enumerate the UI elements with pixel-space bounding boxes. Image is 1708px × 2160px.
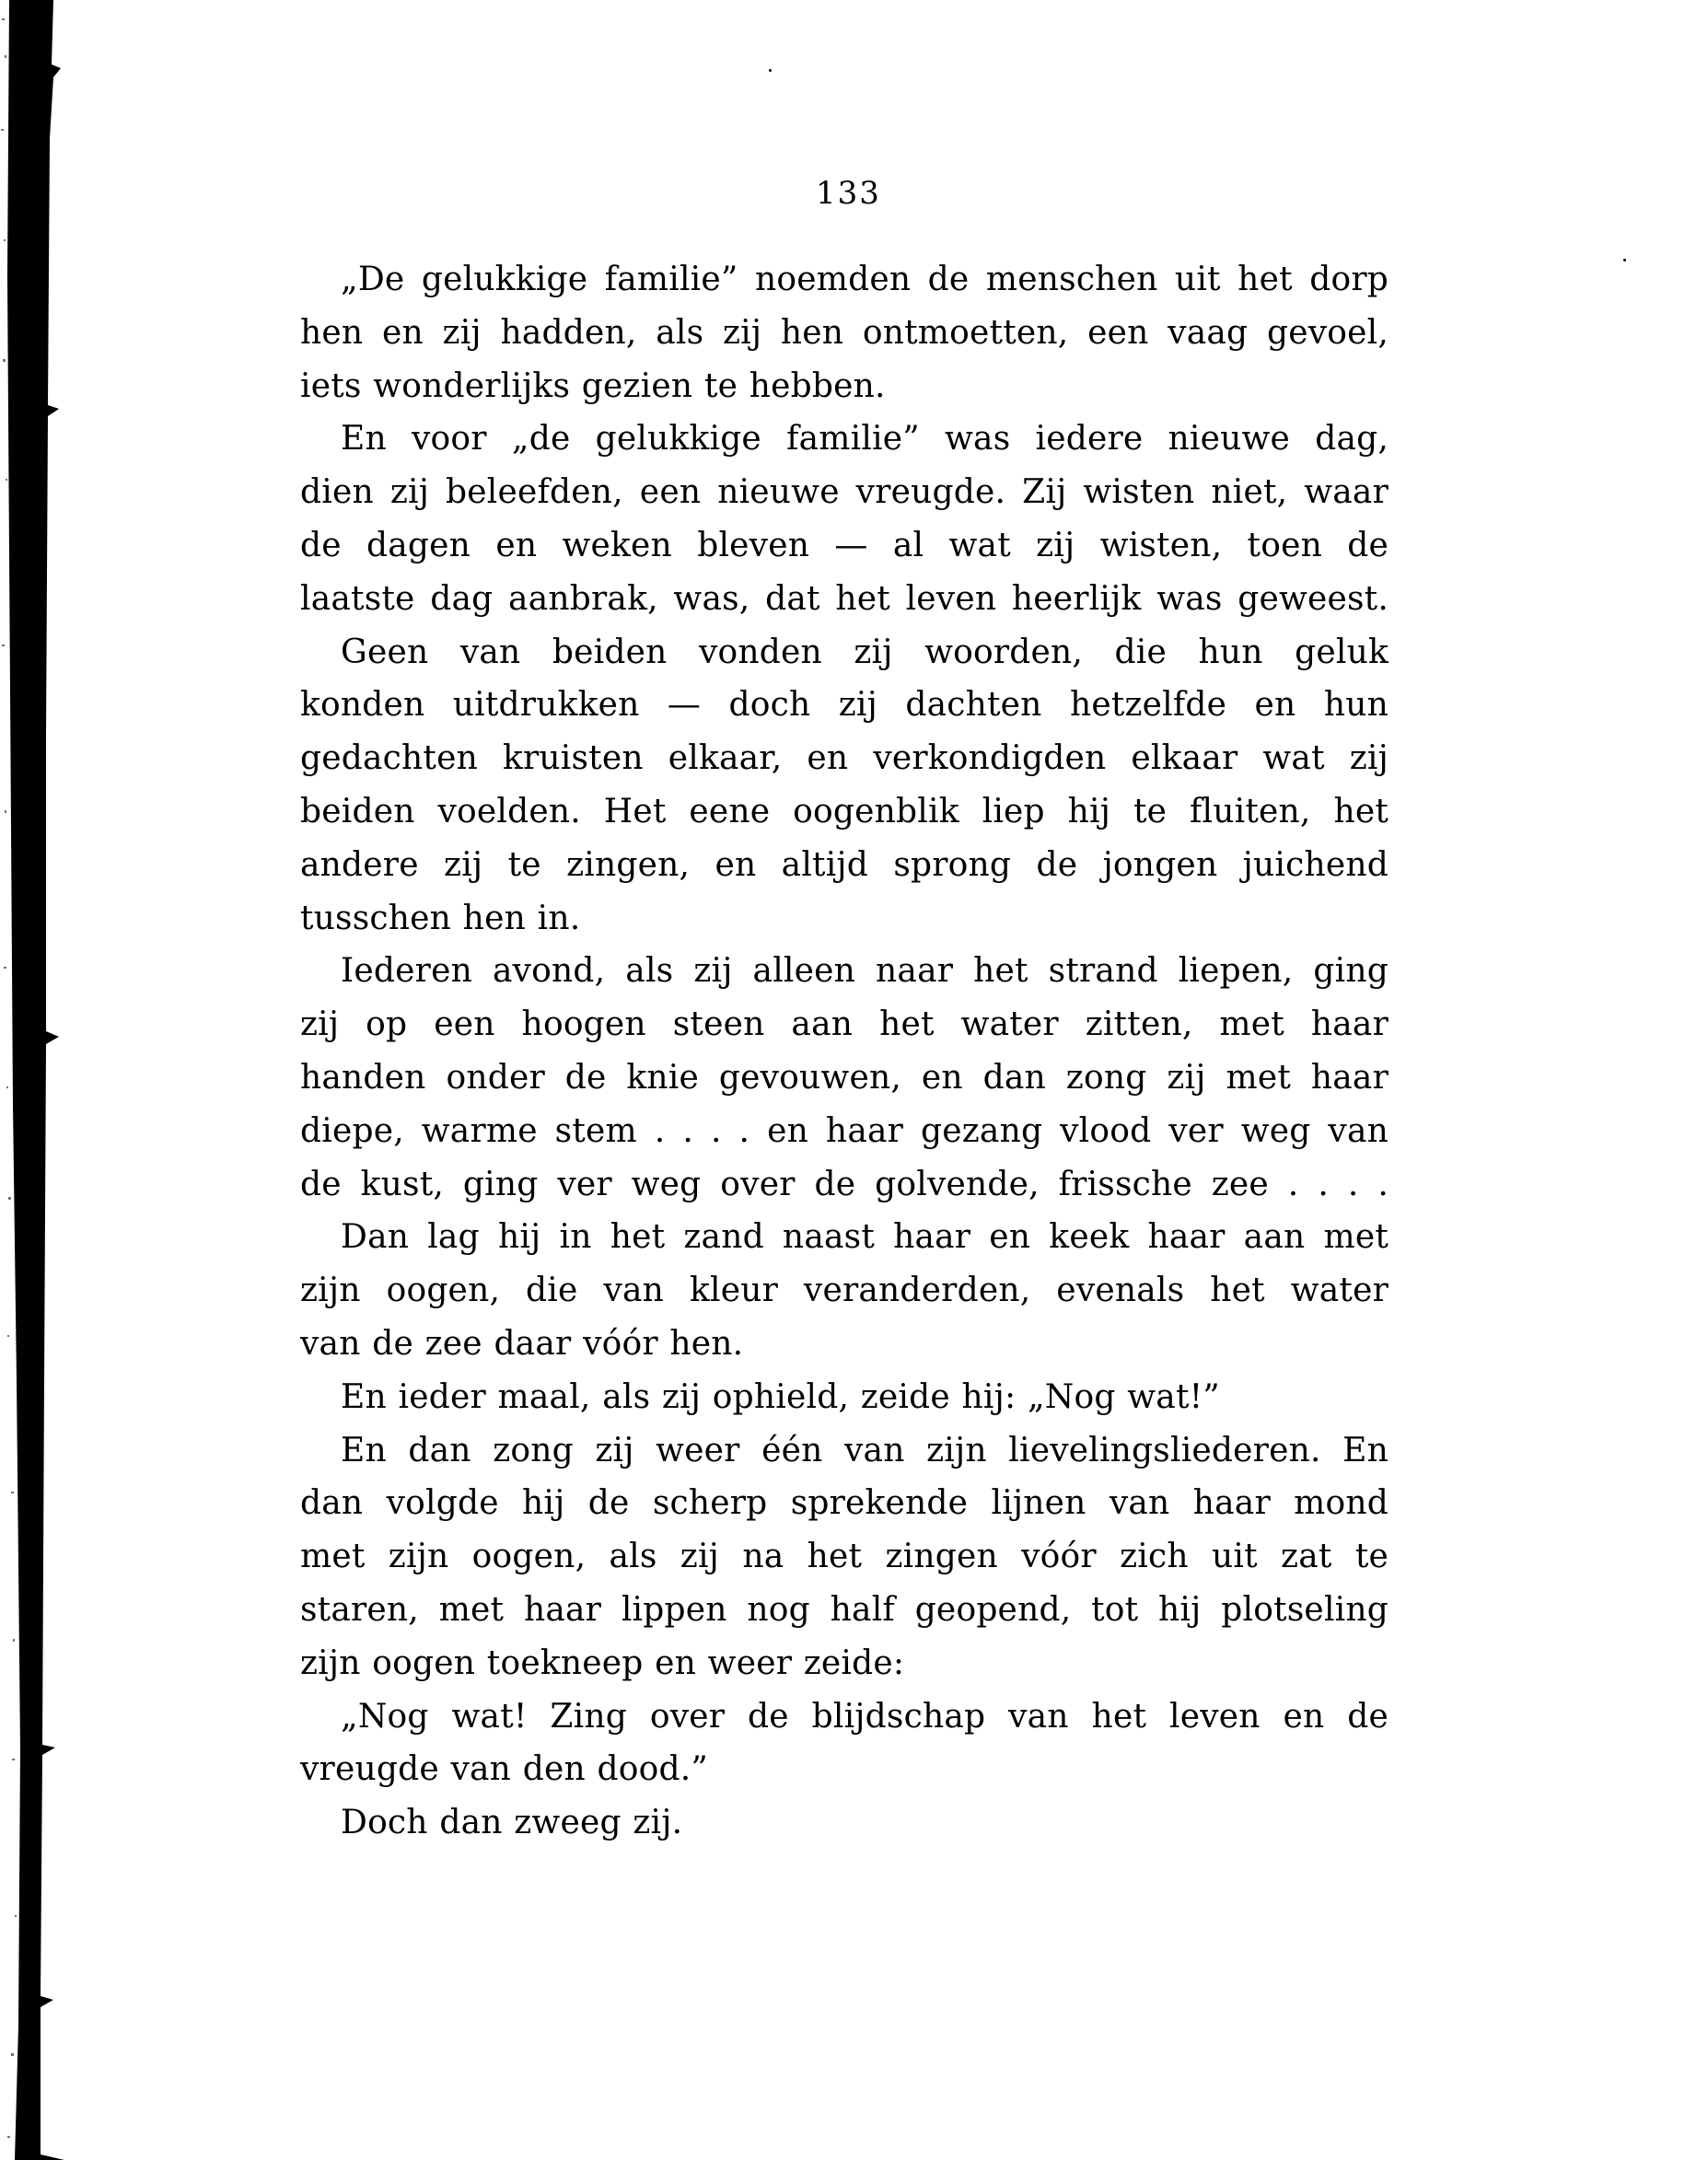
text-line: iets wonderlijks gezien te hebben. [300, 360, 1388, 413]
text-line: „Nog wat! Zing over de blijdschap van he… [300, 1690, 1388, 1744]
scan-speck [1623, 259, 1626, 261]
paragraph: Geen van beiden vonden zij woorden, die … [300, 626, 1388, 946]
text-line: Doch dan zweeg zij. [300, 1796, 1388, 1850]
paragraph: En dan zong zij weer één van zijn lievel… [300, 1424, 1388, 1690]
text-line: En dan zong zij weer één van zijn lievel… [300, 1424, 1388, 1478]
text-line: En ieder maal, als zij ophield, zeide hi… [300, 1371, 1388, 1424]
paragraph: En ieder maal, als zij ophield, zeide hi… [300, 1371, 1388, 1424]
text-line: vreugde van den dood.” [300, 1743, 1388, 1796]
text-line: handen onder de knie gevouwen, en dan zo… [300, 1051, 1388, 1105]
text-line: zijn oogen, die van kleur veranderden, e… [300, 1264, 1388, 1318]
paragraph: En voor „de gelukkige familie” was ieder… [300, 412, 1388, 625]
page-number-text: 133 [816, 175, 881, 212]
text-line: zijn oogen toekneep en weer zeide: [300, 1637, 1388, 1690]
text-line: met zijn oogen, als zij na het zingen vó… [300, 1530, 1388, 1584]
text-line: hen en zij hadden, als zij hen ontmoette… [300, 307, 1388, 360]
paragraph: Dan lag hij in het zand naast haar en ke… [300, 1211, 1388, 1370]
page-number: 133 [0, 175, 1708, 212]
text-line: dan volgde hij de scherp sprekende lijne… [300, 1477, 1388, 1530]
text-line: gedachten kruisten elkaar, en verkondigd… [300, 732, 1388, 785]
paragraph: Iederen avond, als zij alleen naar het s… [300, 945, 1388, 1211]
scan-speck [769, 69, 772, 72]
paragraph: „Nog wat! Zing over de blijdschap van he… [300, 1690, 1388, 1797]
paragraph: „De gelukkige familie” noemden de mensch… [300, 253, 1388, 412]
text-line: laatste dag aanbrak, was, dat het leven … [300, 573, 1388, 626]
body-text: „De gelukkige familie” noemden de mensch… [300, 253, 1388, 1850]
text-line: van de zee daar vóór hen. [300, 1318, 1388, 1371]
book-binding-edge [0, 0, 74, 2160]
text-line: diepe, warme stem . . . . en haar gezang… [300, 1105, 1388, 1158]
text-line: tusschen hen in. [300, 892, 1388, 946]
text-line: de kust, ging ver weg over de golvende, … [300, 1158, 1388, 1212]
text-line: Iederen avond, als zij alleen naar het s… [300, 945, 1388, 998]
text-line: konden uitdrukken — doch zij dachten het… [300, 679, 1388, 732]
text-line: En voor „de gelukkige familie” was ieder… [300, 412, 1388, 466]
text-line: andere zij te zingen, en altijd sprong d… [300, 839, 1388, 892]
paragraph: Doch dan zweeg zij. [300, 1796, 1388, 1850]
text-line: de dagen en weken bleven — al wat zij wi… [300, 519, 1388, 573]
text-line: staren, met haar lippen nog half geopend… [300, 1584, 1388, 1637]
text-line: zij op een hoogen steen aan het water zi… [300, 998, 1388, 1051]
text-line: dien zij beleefden, een nieuwe vreugde. … [300, 466, 1388, 519]
text-line: Dan lag hij in het zand naast haar en ke… [300, 1211, 1388, 1264]
text-line: „De gelukkige familie” noemden de mensch… [300, 253, 1388, 307]
text-line: Geen van beiden vonden zij woorden, die … [300, 626, 1388, 679]
text-line: beiden voelden. Het eene oogenblik liep … [300, 785, 1388, 839]
